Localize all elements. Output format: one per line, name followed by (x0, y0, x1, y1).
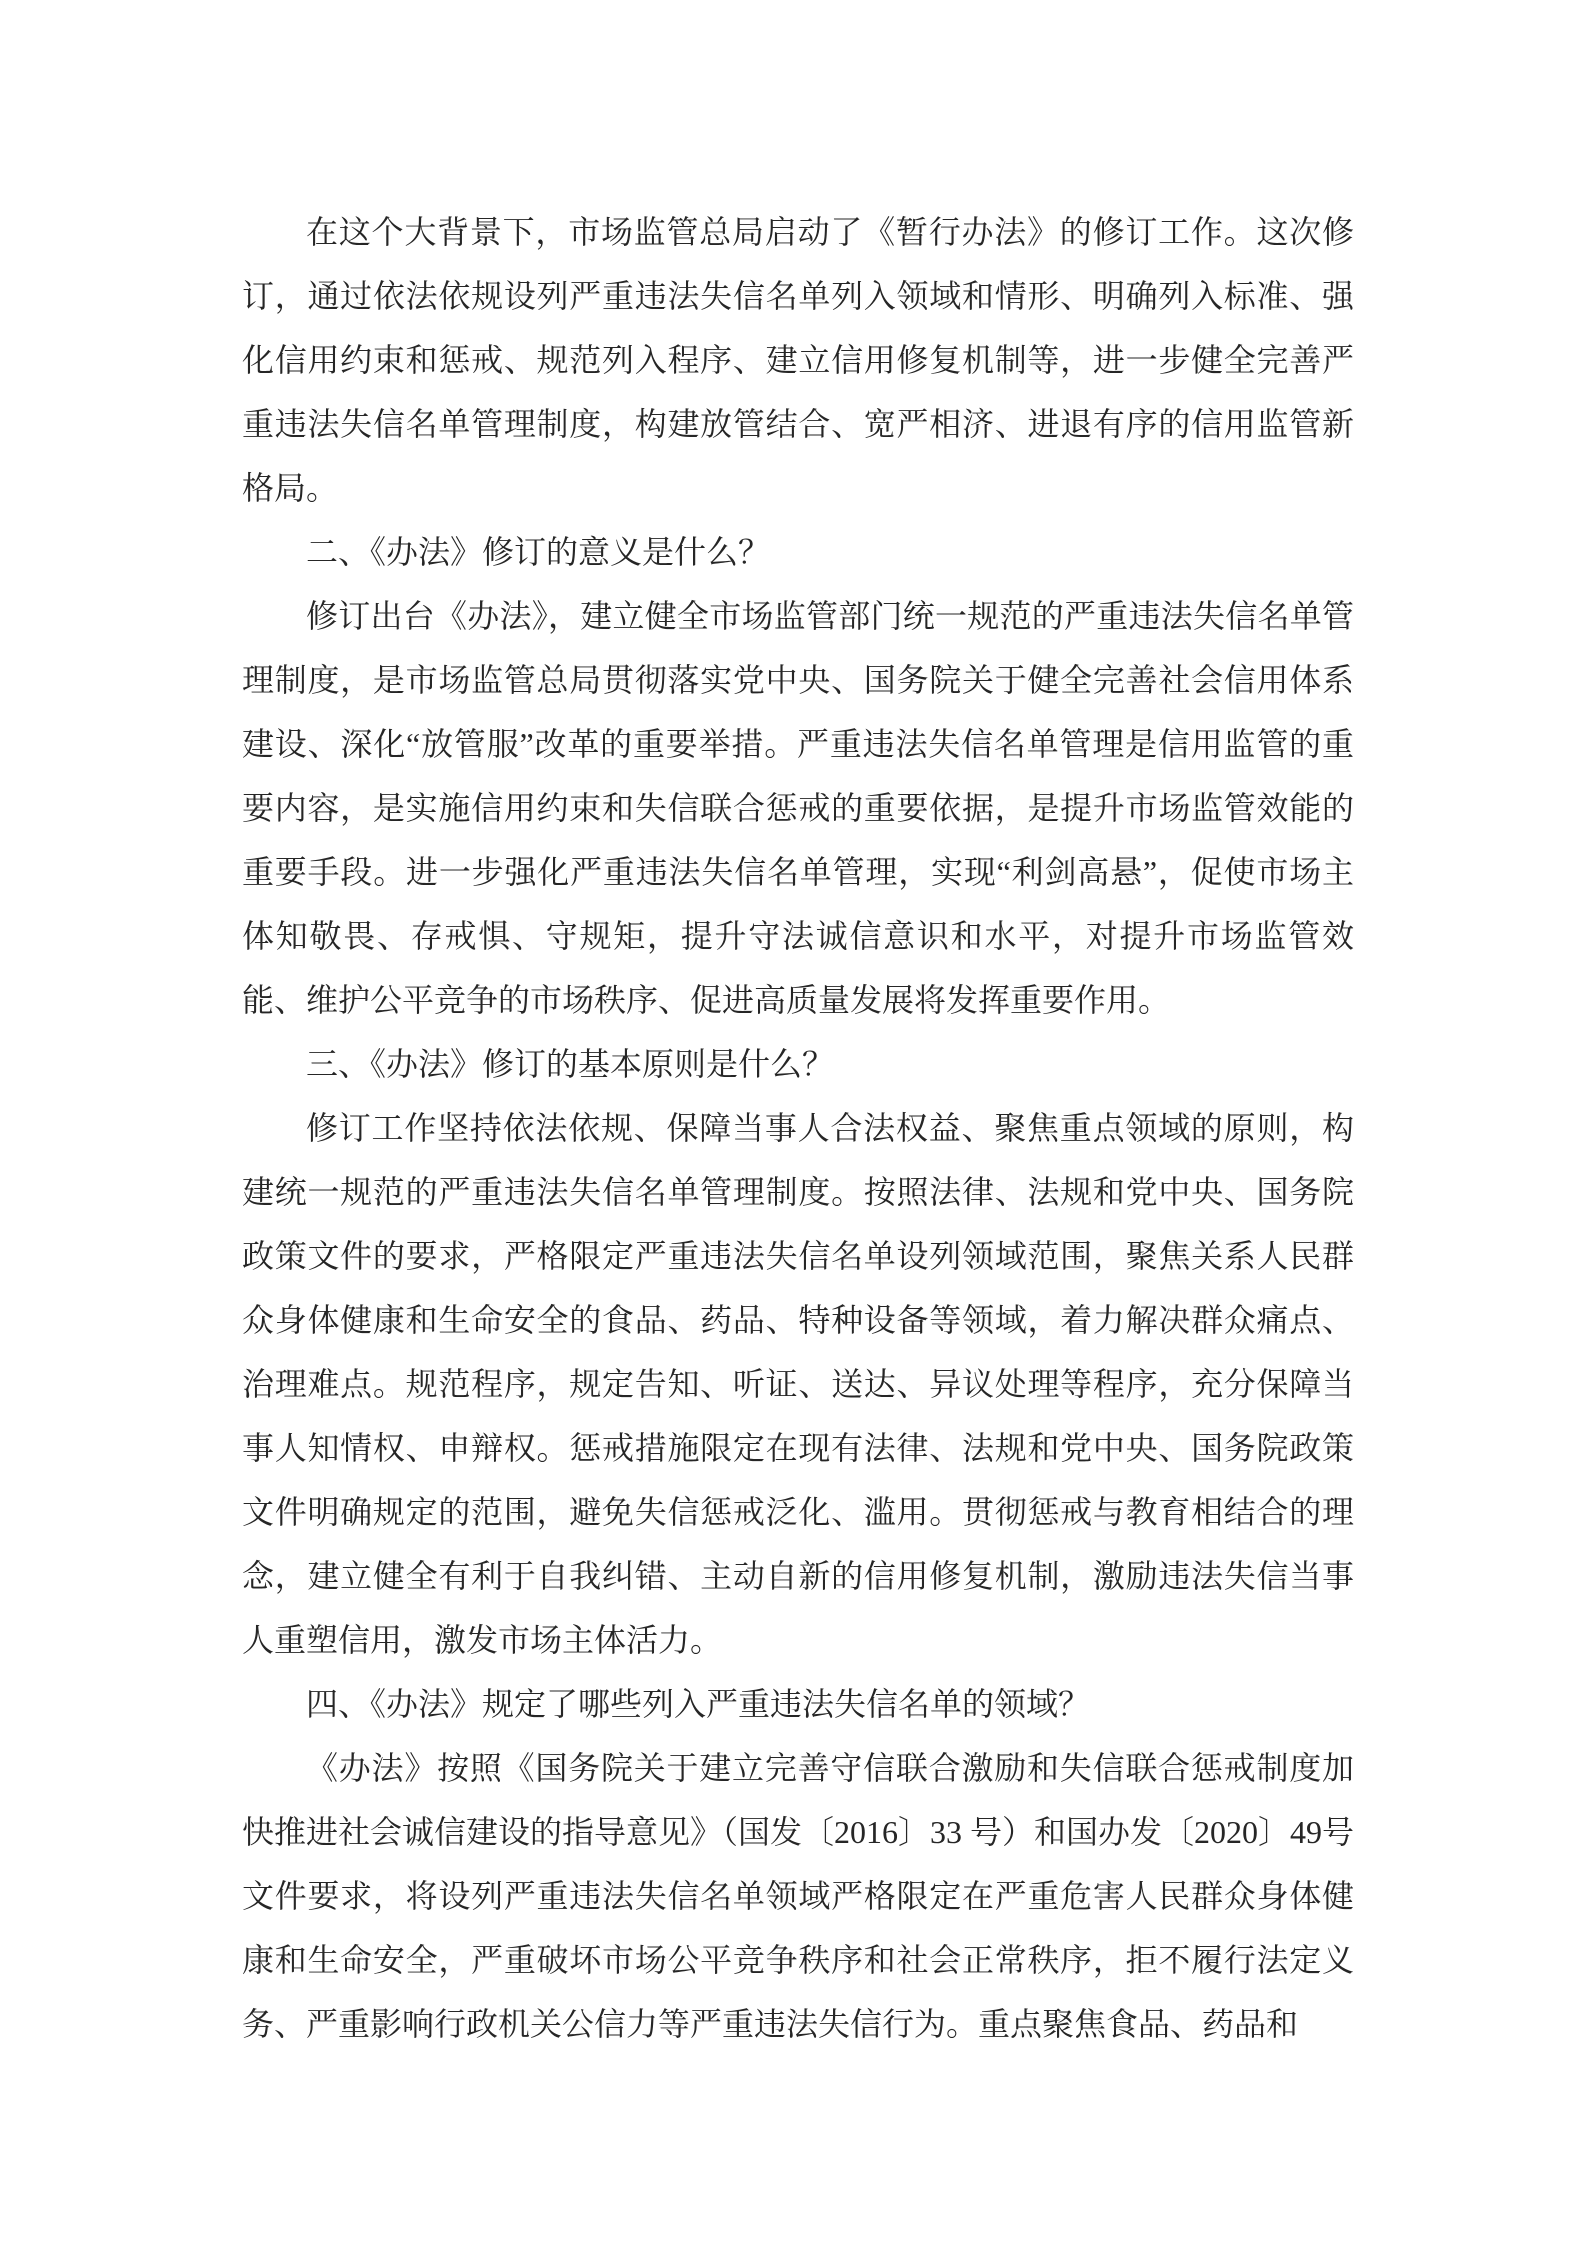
heading-question-2: 二、《办法》修订的意义是什么？ (242, 520, 1354, 584)
heading-question-4: 四、《办法》规定了哪些列入严重违法失信名单的领域？ (242, 1672, 1354, 1736)
paragraph-revision-background: 在这个大背景下，市场监管总局启动了《暂行办法》的修订工作。这次修订，通过依法依规… (242, 200, 1354, 520)
document-body: 在这个大背景下，市场监管总局启动了《暂行办法》的修订工作。这次修订，通过依法依规… (242, 200, 1354, 2056)
heading-question-3: 三、《办法》修订的基本原则是什么？ (242, 1032, 1354, 1096)
paragraph-list-domains: 《办法》按照《国务院关于建立完善守信联合激励和失信联合惩戒制度加快推进社会诚信建… (242, 1736, 1354, 2056)
document-page: 在这个大背景下，市场监管总局启动了《暂行办法》的修订工作。这次修订，通过依法依规… (0, 0, 1587, 2245)
paragraph-revision-principles: 修订工作坚持依法依规、保障当事人合法权益、聚焦重点领域的原则，构建统一规范的严重… (242, 1096, 1354, 1672)
paragraph-revision-significance: 修订出台《办法》，建立健全市场监管部门统一规范的严重违法失信名单管理制度，是市场… (242, 584, 1354, 1032)
